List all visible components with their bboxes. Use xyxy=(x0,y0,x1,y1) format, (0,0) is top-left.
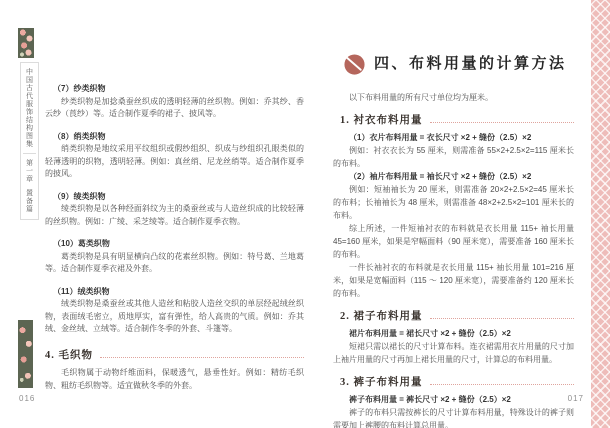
fabric-item-heading: （9）绫类织物 xyxy=(45,191,304,204)
fabric-item-heading: （7）纱类织物 xyxy=(45,83,304,96)
section-title: 1. 衬衣布料用量 xyxy=(333,114,423,127)
fabric-item-body: 葛类织物是具有明显横向凸纹的花素丝织物。例如：特号葛、兰地葛等。适合制作夏季衣裙… xyxy=(45,251,304,276)
formula-line: 裙片布料用量 = 裙长尺寸 ×2 + 缝份（2.5）×2 xyxy=(333,327,574,340)
needle-circle-icon xyxy=(343,53,366,76)
right-page-content: 四、布料用量的计算方法 以下布料用量的所有尺寸单位均为厘米。 1. 衬衣布料用量… xyxy=(333,48,574,428)
fabric-item-heading: （11）绒类织物 xyxy=(45,286,304,299)
note-text: 一件长袖衬衣的布料就是衣长用量 115+ 袖长用量 101=216 厘米，如果是… xyxy=(333,261,574,300)
page-title: 四、布料用量的计算方法 xyxy=(374,58,567,71)
section-body: 裤子的布料只需按裤长的尺寸计算布料用量，特殊设计的裤子则需要加上裤腰的布料计算总… xyxy=(333,406,574,428)
book-spread: 中国古代服饰结构图集 第一章 置备篇 016 （7）纱类织物 纱类织物是加捻桑蚕… xyxy=(0,0,610,428)
part-label: 置备篇 xyxy=(25,189,35,213)
section-wool-body: 毛织物属于动物纤维面料，保暖透气，悬垂性好。例如：精纺毛织物、粗纺毛织物等。适宜… xyxy=(45,367,304,392)
fabric-item-body: 绡类织物是地纹采用平纹组织或假纱组织、织成与纱组织孔眼类似的轻薄透明的织物，透明… xyxy=(45,143,304,181)
dotted-leader xyxy=(430,384,575,385)
fabric-item-heading: （8）绡类织物 xyxy=(45,131,304,144)
floral-ornament-bottom xyxy=(18,320,33,388)
example-text: 例如：短袖袖长为 20 厘米，则需准备 20×2+2.5×2=45 厘米长的布料… xyxy=(333,183,574,222)
formula-line: （1）衣片布料用量 = 衣长尺寸 ×2 + 缝份（2.5）×2 xyxy=(333,131,574,144)
note-text: 综上所述，一件短袖衬衣的布料就是衣长用量 115+ 袖长用量 45=160 厘米… xyxy=(333,222,574,261)
section-wool-title: 4. 毛织物 xyxy=(45,350,93,363)
book-title-vertical: 中国古代服饰结构图集 xyxy=(25,68,35,148)
example-text: 例如：衬衣衣长为 55 厘米，则需准备 55×2+2.5×2=115 厘米长的布… xyxy=(333,144,574,170)
formula-line: （2）袖片布料用量 = 袖长尺寸 ×2 + 缝份（2.5）×2 xyxy=(333,170,574,183)
dotted-leader xyxy=(100,357,304,358)
fabric-item-body: 绫类织物是以各种经面斜纹为主的桑蚕丝或与人造丝织成的比较轻薄的丝织物。例如：广绫… xyxy=(45,203,304,228)
intro-text: 以下布料用量的所有尺寸单位均为厘米。 xyxy=(333,91,574,104)
page-number-right: 017 xyxy=(568,394,584,403)
dotted-leader xyxy=(430,122,575,123)
fabric-pattern-border xyxy=(591,0,610,428)
left-page-content: （7）纱类织物 纱类织物是加捻桑蚕丝织成的透明轻薄的丝织物。例如：乔其纱、香云纱… xyxy=(45,83,304,392)
section-body: 短裙只需以裙长的尺寸计算布料。连衣裙需用衣片用量的尺寸加上袖片用量的尺寸再加上裙… xyxy=(333,340,574,366)
chapter-label: 第一章 xyxy=(25,159,35,183)
dotted-leader xyxy=(430,318,575,319)
chapter-header: 四、布料用量的计算方法 xyxy=(343,48,574,81)
section-title: 3. 裤子布料用量 xyxy=(333,376,423,389)
page-number-left: 016 xyxy=(19,394,35,403)
section-title-row: 1. 衬衣布料用量 xyxy=(333,114,574,127)
spine-label: 中国古代服饰结构图集 第一章 置备篇 xyxy=(20,62,39,220)
floral-ornament-top xyxy=(18,28,34,58)
fabric-item-heading: （10）葛类织物 xyxy=(45,238,304,251)
spine-divider xyxy=(23,153,36,154)
fabric-item-body: 绒类织物是桑蚕丝或其他人造丝和粘胶人造丝交织的单层经起绒丝织物，表面绒毛密立，质… xyxy=(45,298,304,336)
section-title-row: 3. 裤子布料用量 xyxy=(333,376,574,389)
fabric-item-body: 纱类织物是加捻桑蚕丝织成的透明轻薄的丝织物。例如：乔其纱、香云纱（莨纱）等。适合… xyxy=(45,96,304,121)
section-title: 2. 裙子布料用量 xyxy=(333,310,423,323)
section-title-row: 2. 裙子布料用量 xyxy=(333,310,574,323)
formula-line: 裤子布料用量 = 裤长尺寸 ×2 + 缝份（2.5）×2 xyxy=(333,393,574,406)
section-wool-title-row: 4. 毛织物 xyxy=(45,350,304,363)
